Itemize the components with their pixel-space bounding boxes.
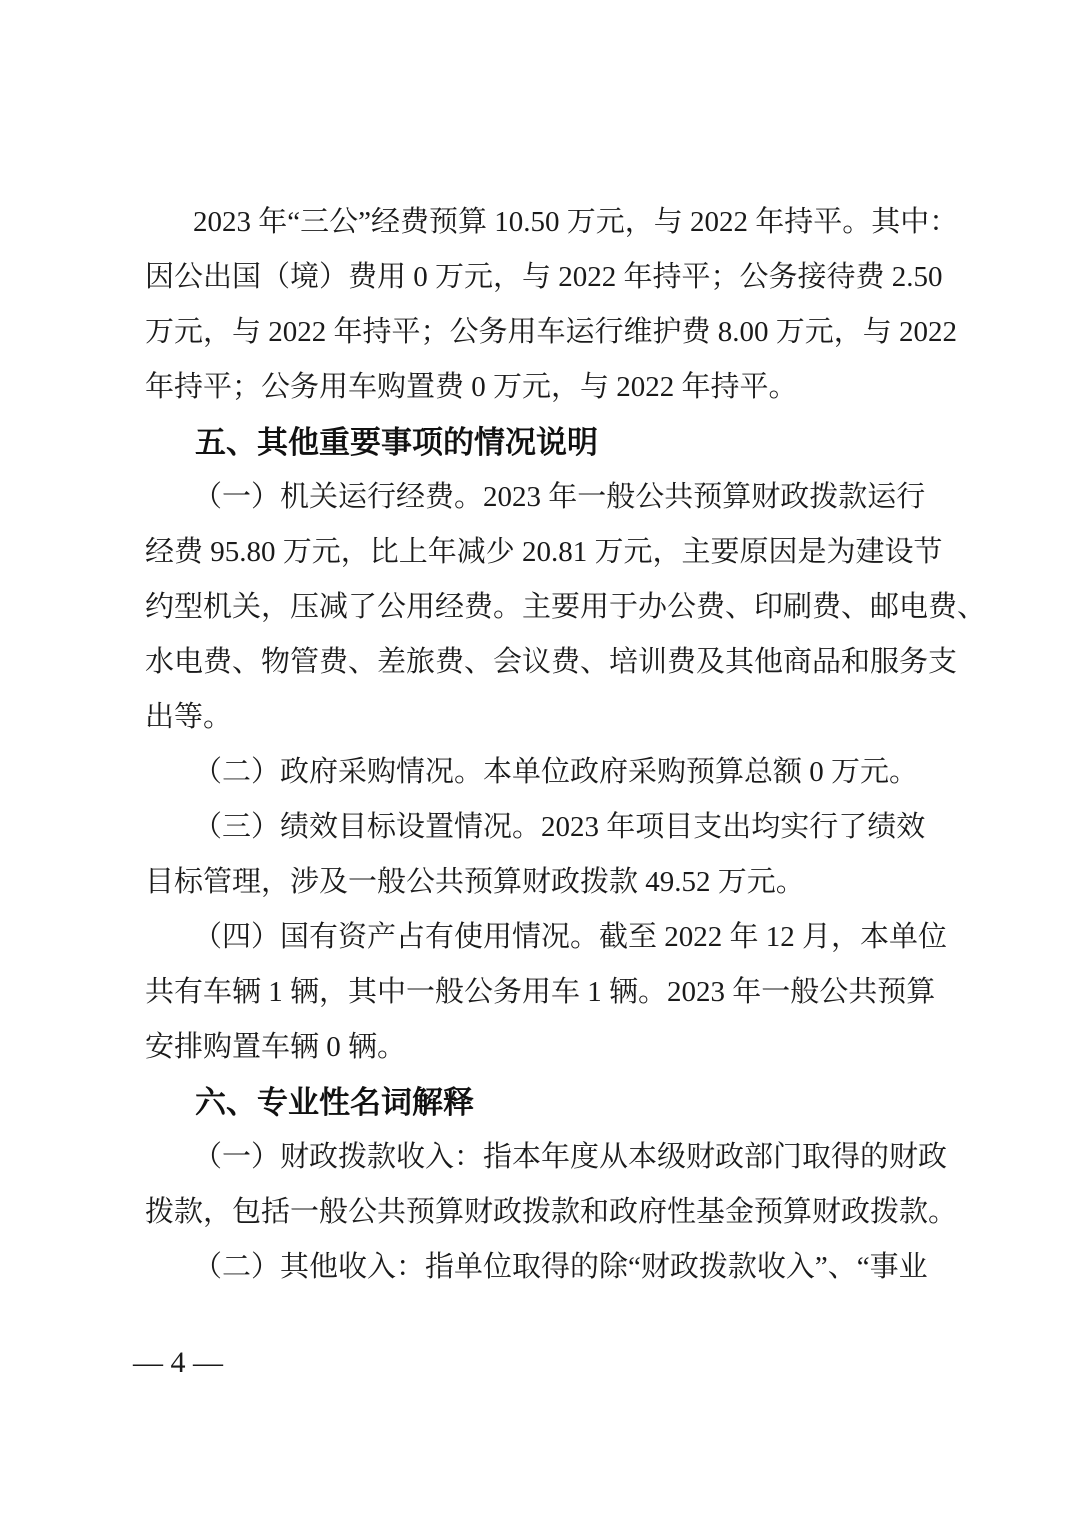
paragraph-term-fiscal-appropriation: （一）财政拨款收入：指本年度从本级财政部门取得的财政 拨款，包括一般公共预算财政… [145,1130,937,1240]
paragraph-state-owned-assets: （四）国有资产占有使用情况。截至 2022 年 12 月，本单位 共有车辆 1 … [145,910,937,1075]
paragraph-term-other-income: （二）其他收入：指单位取得的除“财政拨款收入”、“事业 [145,1240,937,1295]
page-number: — 4 — [133,1340,223,1385]
text-line: 经费 95.80 万元，比上年减少 20.81 万元，主要原因是为建设节 [145,525,937,580]
text-line: 拨款，包括一般公共预算财政拨款和政府性基金预算财政拨款。 [145,1185,937,1240]
text-line: 出等。 [145,690,937,745]
text-line: 水电费、物管费、差旅费、会议费、培训费及其他商品和服务支 [145,635,937,690]
text-line: 因公出国（境）费用 0 万元，与 2022 年持平；公务接待费 2.50 [145,250,937,305]
text-line: 共有车辆 1 辆，其中一般公务用车 1 辆。2023 年一般公共预算 [145,965,937,1020]
heading-section-5: 五、其他重要事项的情况说明 [145,415,937,470]
heading-section-6: 六、专业性名词解释 [145,1075,937,1130]
document-page: 2023 年“三公”经费预算 10.50 万元，与 2022 年持平。其中： 因… [0,0,1074,1520]
paragraph-government-procurement: （二）政府采购情况。本单位政府采购预算总额 0 万元。 [145,745,937,800]
text-line: （三）绩效目标设置情况。2023 年项目支出均实行了绩效 [145,800,937,855]
paragraph-performance-targets: （三）绩效目标设置情况。2023 年项目支出均实行了绩效 目标管理，涉及一般公共… [145,800,937,910]
text-line: 万元，与 2022 年持平；公务用车运行维护费 8.00 万元，与 2022 [145,305,937,360]
text-line: 目标管理，涉及一般公共预算财政拨款 49.52 万元。 [145,855,937,910]
text-line: （四）国有资产占有使用情况。截至 2022 年 12 月，本单位 [145,910,937,965]
document-body: 2023 年“三公”经费预算 10.50 万元，与 2022 年持平。其中： 因… [145,195,937,1295]
text-line: 2023 年“三公”经费预算 10.50 万元，与 2022 年持平。其中： [145,195,937,250]
paragraph-sangong-budget: 2023 年“三公”经费预算 10.50 万元，与 2022 年持平。其中： 因… [145,195,937,415]
paragraph-agency-operating-expenses: （一）机关运行经费。2023 年一般公共预算财政拨款运行 经费 95.80 万元… [145,470,937,745]
text-line: （二）其他收入：指单位取得的除“财政拨款收入”、“事业 [145,1240,937,1295]
text-line: （二）政府采购情况。本单位政府采购预算总额 0 万元。 [145,745,937,800]
text-line: 年持平；公务用车购置费 0 万元，与 2022 年持平。 [145,360,937,415]
text-line: （一）财政拨款收入：指本年度从本级财政部门取得的财政 [145,1130,937,1185]
text-line: （一）机关运行经费。2023 年一般公共预算财政拨款运行 [145,470,937,525]
text-line: 安排购置车辆 0 辆。 [145,1020,937,1075]
text-line: 约型机关，压减了公用经费。主要用于办公费、印刷费、邮电费、 [145,580,937,635]
